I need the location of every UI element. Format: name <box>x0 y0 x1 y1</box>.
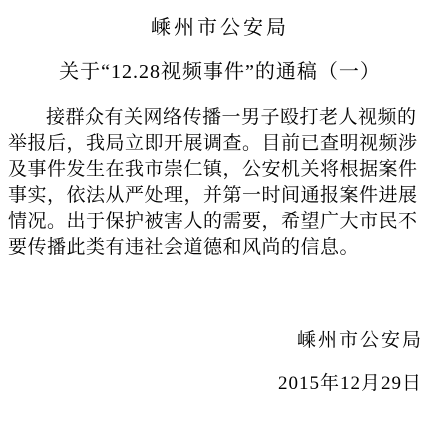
body-line: 及事件发生在我市崇仁镇，公安机关将根据案件 <box>8 157 424 183</box>
notice-document: 嵊州市公安局 关于“12.28视频事件”的通稿（一） 接群众有关网络传播一男子殴… <box>0 0 440 424</box>
document-body: 接群众有关网络传播一男子殴打老人视频的举报后，我局立即开展调查。目前已查明视频涉… <box>8 105 424 261</box>
document-date: 2015年12月29日 <box>0 371 422 397</box>
body-line: 接群众有关网络传播一男子殴打老人视频的 <box>8 105 424 131</box>
document-subtitle: 关于“12.28视频事件”的通稿（一） <box>0 59 440 85</box>
body-line: 情况。出于保护被害人的需要，希望广大市民不 <box>8 209 424 235</box>
document-signature: 嵊州市公安局 <box>0 328 423 354</box>
body-line: 事实，依法从严处理，并第一时间通报案件进展 <box>8 183 424 209</box>
document-title: 嵊州市公安局 <box>0 16 440 40</box>
body-line: 要传播此类有违社会道德和风尚的信息。 <box>8 235 424 261</box>
body-line: 举报后，我局立即开展调查。目前已查明视频涉 <box>8 131 424 157</box>
